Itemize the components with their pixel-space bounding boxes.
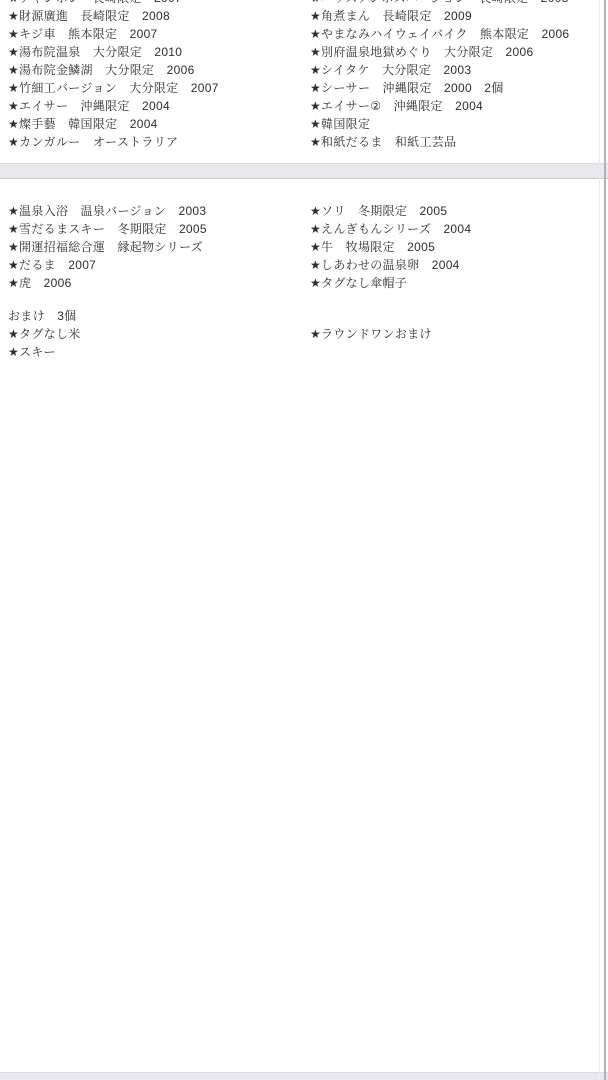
list-item: ★エイサー② 沖縄限定 2004 <box>310 97 602 115</box>
bonus-section-header: おまけ 3個 <box>8 307 300 325</box>
list-item: ★別府温泉地獄めぐり 大分限定 2006 <box>310 43 602 61</box>
page2-right-footer: ★ラウンドワンおまけ <box>310 325 602 343</box>
list-item: ★開運招福総合運 縁起物シリーズ <box>8 238 300 256</box>
list-item: ★角煮まん 長崎限定 2009 <box>310 7 602 25</box>
list-item: ★えんぎもんシリーズ 2004 <box>310 220 602 238</box>
list-item: ★キジ車 熊本限定 2007 <box>8 25 300 43</box>
page-separator <box>0 163 608 179</box>
list-item: ★ラウンドワンおまけ <box>310 325 602 343</box>
list-item: ★竹細工バージョン 大分限定 2007 <box>8 79 300 97</box>
list-item: ★韓国限定 <box>310 115 602 133</box>
list-item: ★タグなし米 <box>8 325 300 343</box>
list-item: ★燦手藝 韓国限定 2004 <box>8 115 300 133</box>
page2-left-footer: おまけ 3個 ★タグなし米 ★スキー <box>8 307 300 361</box>
list-item: ★虎 2006 <box>8 274 300 292</box>
list-item: ★シーサー 沖縄限定 2000 2個 <box>310 79 602 97</box>
page1-left-column: ★チャンポン 長崎限定 2007 ★財源廣進 長崎限定 2008 ★キジ車 熊本… <box>8 0 300 151</box>
list-item: ★カンガルー オーストラリア <box>8 133 300 151</box>
list-item: ★ソリ 冬期限定 2005 <box>310 202 602 220</box>
list-item: ★雪だるまスキー 冬期限定 2005 <box>8 220 300 238</box>
list-item: ★チャンポン 長崎限定 2007 <box>8 0 300 7</box>
list-item: ★財源廣進 長崎限定 2008 <box>8 7 300 25</box>
list-item: ★やまなみハイウェイバイク 熊本限定 2006 <box>310 25 602 43</box>
page1-right-column: ★ハウステンボスバージョン 長崎限定 2008 ★角煮まん 長崎限定 2009 … <box>310 0 602 151</box>
page2-left-column: ★温泉入浴 温泉バージョン 2003 ★雪だるまスキー 冬期限定 2005 ★開… <box>8 202 300 292</box>
list-item: ★湯布院金鱗湖 大分限定 2006 <box>8 61 300 79</box>
page-edge-faint-line <box>599 0 600 1080</box>
list-item: ★シイタケ 大分限定 2003 <box>310 61 602 79</box>
list-item: ★和紙だるま 和紙工芸品 <box>310 133 602 151</box>
document-viewport: ★チャンポン 長崎限定 2007 ★財源廣進 長崎限定 2008 ★キジ車 熊本… <box>0 0 608 1080</box>
list-item: ★湯布院温泉 大分限定 2010 <box>8 43 300 61</box>
list-item: ★牛 牧場限定 2005 <box>310 238 602 256</box>
list-item: ★温泉入浴 温泉バージョン 2003 <box>8 202 300 220</box>
list-item: ★だるま 2007 <box>8 256 300 274</box>
page-separator-bottom <box>0 1072 608 1080</box>
list-item: ★タグなし傘帽子 <box>310 274 602 292</box>
list-item: ★エイサー 沖縄限定 2004 <box>8 97 300 115</box>
list-item: ★ハウステンボスバージョン 長崎限定 2008 <box>310 0 602 7</box>
page-edge-line <box>604 0 606 1080</box>
list-item: ★スキー <box>8 343 300 361</box>
page2-right-column: ★ソリ 冬期限定 2005 ★えんぎもんシリーズ 2004 ★牛 牧場限定 20… <box>310 202 602 292</box>
list-item: ★しあわせの温泉卵 2004 <box>310 256 602 274</box>
